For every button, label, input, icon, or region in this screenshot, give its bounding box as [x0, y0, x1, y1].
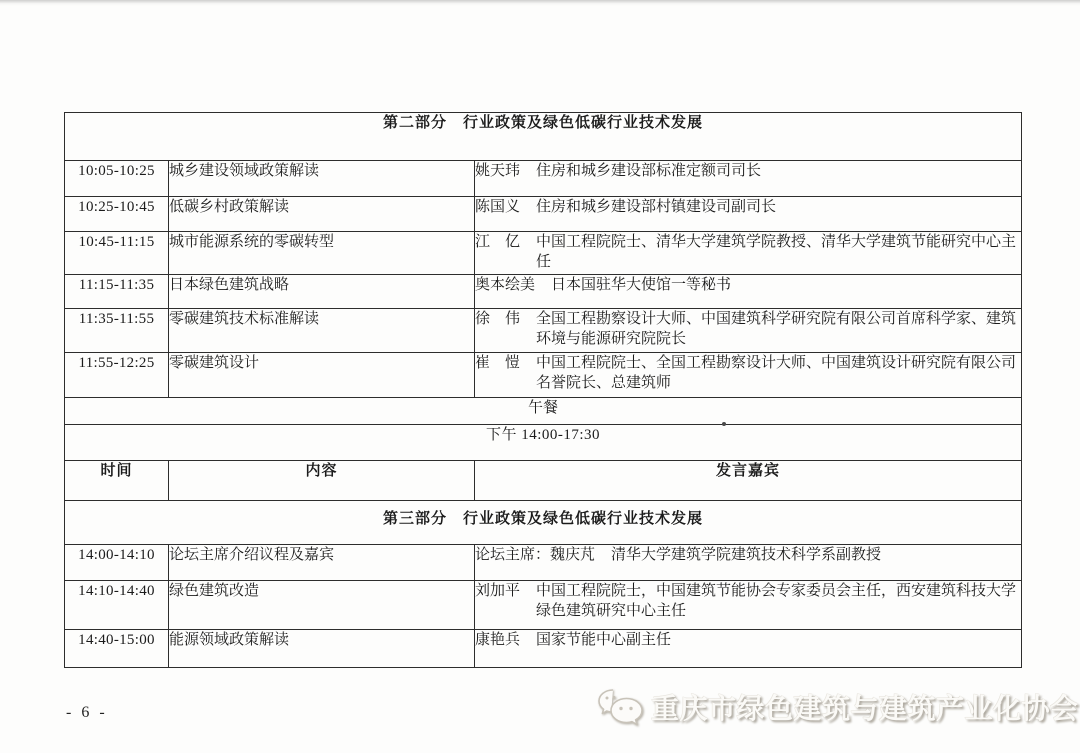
speaker-title: 国家节能中心副主任: [536, 630, 1021, 650]
agenda-table: 第二部分 行业政策及绿色低碳行业技术发展 10:05-10:25 城乡建设领域政…: [64, 112, 1022, 668]
section2-header-row: 第二部分 行业政策及绿色低碳行业技术发展: [65, 113, 1022, 161]
time-cell: 14:10-14:40: [65, 581, 169, 630]
speaker-cell: 江 亿 中国工程院院士、清华大学建筑学院教授、清华大学建筑节能研究中心主任: [475, 232, 1022, 275]
speaker-name: 崔 愷: [475, 353, 520, 393]
table-row: 10:05-10:25 城乡建设领域政策解读 姚天玮 住房和城乡建设部标准定额司…: [65, 161, 1022, 197]
time-cell: 10:25-10:45: [65, 197, 169, 232]
column-header-row: 时间 内容 发言嘉宾: [65, 461, 1022, 501]
speaker-title: 中国工程院院士，中国建筑节能协会专家委员会主任，西安建筑科技大学绿色建筑研究中心…: [536, 581, 1021, 621]
scan-speck: [722, 422, 726, 426]
table-row: 14:10-14:40 绿色建筑改造 刘加平 中国工程院院士，中国建筑节能协会专…: [65, 581, 1022, 630]
content-cell: 能源领域政策解读: [169, 630, 475, 668]
speaker-cell: 崔 愷 中国工程院院士、全国工程勘察设计大师、中国建筑设计研究院有限公司名誉院长…: [475, 353, 1022, 398]
speaker-name: 奥本绘美: [475, 275, 535, 295]
time-cell: 11:35-11:55: [65, 309, 169, 353]
column-header-speaker: 发言嘉宾: [475, 461, 1022, 501]
speaker-name: 徐 伟: [475, 309, 520, 349]
speaker-name: 康艳兵: [475, 630, 520, 650]
speaker-name: 刘加平: [475, 581, 520, 621]
speaker-title: 中国工程院院士、清华大学建筑学院教授、清华大学建筑节能研究中心主任: [536, 232, 1021, 272]
table-row: 14:00-14:10 论坛主席介绍议程及嘉宾 论坛主席：魏庆芃 清华大学建筑学…: [65, 545, 1022, 581]
wechat-logo-icon: [594, 684, 644, 730]
section3-title: 第三部分 行业政策及绿色低碳行业技术发展: [65, 501, 1022, 545]
time-cell: 10:45-11:15: [65, 232, 169, 275]
section3-header-row: 第三部分 行业政策及绿色低碳行业技术发展: [65, 501, 1022, 545]
content-cell: 日本绿色建筑战略: [169, 275, 475, 309]
time-cell: 10:05-10:25: [65, 161, 169, 197]
speaker-name: 论坛主席：魏庆芃: [475, 545, 595, 565]
afternoon-session-row: 下午 14:00-17:30: [65, 425, 1022, 461]
table-row: 11:15-11:35 日本绿色建筑战略 奥本绘美 日本国驻华大使馆一等秘书: [65, 275, 1022, 309]
content-cell: 低碳乡村政策解读: [169, 197, 475, 232]
table-row: 10:45-11:15 城市能源系统的零碳转型 江 亿 中国工程院院士、清华大学…: [65, 232, 1022, 275]
speaker-cell: 奥本绘美 日本国驻华大使馆一等秘书: [475, 275, 1022, 309]
speaker-cell: 陈国义 住房和城乡建设部村镇建设司副司长: [475, 197, 1022, 232]
speaker-title: 住房和城乡建设部村镇建设司副司长: [536, 197, 1021, 217]
speaker-cell: 徐 伟 全国工程勘察设计大师、中国建筑科学研究院有限公司首席科学家、建筑环境与能…: [475, 309, 1022, 353]
content-cell: 城乡建设领域政策解读: [169, 161, 475, 197]
speaker-title: 住房和城乡建设部标准定额司司长: [536, 161, 1021, 181]
speaker-title: 日本国驻华大使馆一等秘书: [551, 275, 1021, 295]
speaker-cell: 论坛主席：魏庆芃 清华大学建筑学院建筑技术科学系副教授: [475, 545, 1022, 581]
footer-watermark: 重庆市绿色建筑与建筑产业化协会: [594, 680, 1079, 734]
column-header-time: 时间: [65, 461, 169, 501]
speaker-title: 全国工程勘察设计大师、中国建筑科学研究院有限公司首席科学家、建筑环境与能源研究院…: [536, 309, 1021, 349]
speaker-cell: 姚天玮 住房和城乡建设部标准定额司司长: [475, 161, 1022, 197]
speaker-cell: 康艳兵 国家节能中心副主任: [475, 630, 1022, 668]
content-cell: 绿色建筑改造: [169, 581, 475, 630]
scan-edge-shadow: [0, 0, 1080, 6]
time-cell: 14:40-15:00: [65, 630, 169, 668]
table-row: 10:25-10:45 低碳乡村政策解读 陈国义 住房和城乡建设部村镇建设司副司…: [65, 197, 1022, 232]
time-cell: 14:00-14:10: [65, 545, 169, 581]
content-cell: 论坛主席介绍议程及嘉宾: [169, 545, 475, 581]
content-cell: 零碳建筑设计: [169, 353, 475, 398]
lunch-label: 午餐: [65, 398, 1022, 425]
table-row: 11:55-12:25 零碳建筑设计 崔 愷 中国工程院院士、全国工程勘察设计大…: [65, 353, 1022, 398]
time-cell: 11:15-11:35: [65, 275, 169, 309]
afternoon-session-label: 下午 14:00-17:30: [65, 425, 1022, 461]
watermark-text: 重庆市绿色建筑与建筑产业化协会: [651, 687, 1079, 727]
agenda-table-container: 第二部分 行业政策及绿色低碳行业技术发展 10:05-10:25 城乡建设领域政…: [64, 112, 1021, 668]
table-row: 11:35-11:55 零碳建筑技术标准解读 徐 伟 全国工程勘察设计大师、中国…: [65, 309, 1022, 353]
time-cell: 11:55-12:25: [65, 353, 169, 398]
page-number: - 6 -: [66, 704, 108, 722]
speaker-title: 清华大学建筑学院建筑技术科学系副教授: [611, 545, 1021, 565]
speaker-name: 陈国义: [475, 197, 520, 217]
speaker-name: 姚天玮: [475, 161, 520, 181]
speaker-name: 江 亿: [475, 232, 520, 272]
content-cell: 零碳建筑技术标准解读: [169, 309, 475, 353]
lunch-row: 午餐: [65, 398, 1022, 425]
section2-title: 第二部分 行业政策及绿色低碳行业技术发展: [65, 113, 1022, 161]
speaker-title: 中国工程院院士、全国工程勘察设计大师、中国建筑设计研究院有限公司名誉院长、总建筑…: [536, 353, 1021, 393]
table-row: 14:40-15:00 能源领域政策解读 康艳兵 国家节能中心副主任: [65, 630, 1022, 668]
content-cell: 城市能源系统的零碳转型: [169, 232, 475, 275]
column-header-content: 内容: [169, 461, 475, 501]
speaker-cell: 刘加平 中国工程院院士，中国建筑节能协会专家委员会主任，西安建筑科技大学绿色建筑…: [475, 581, 1022, 630]
